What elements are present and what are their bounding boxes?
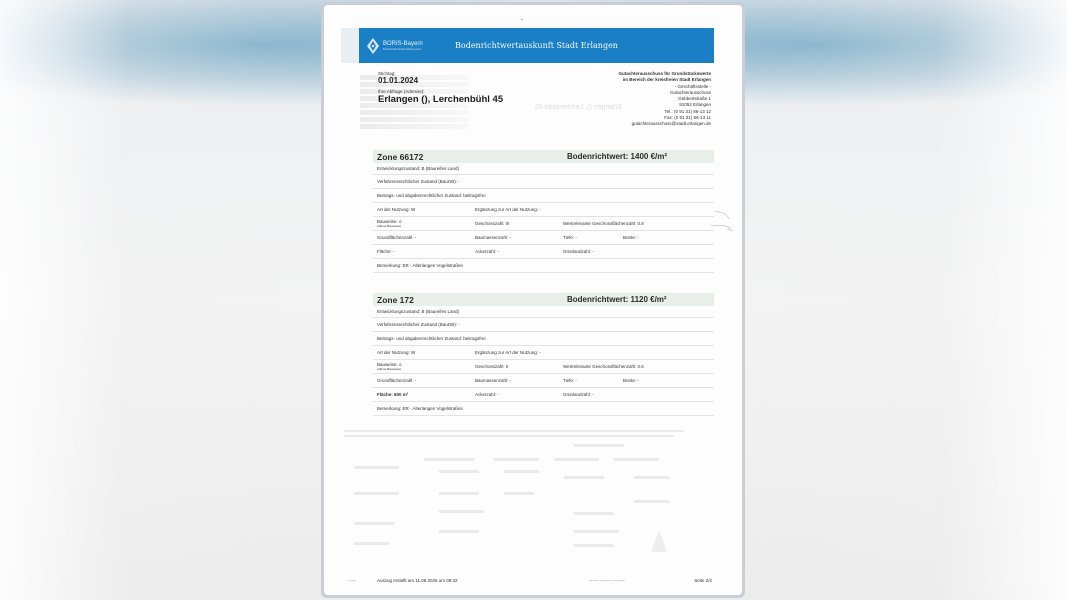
address-value: Erlangen (), Lerchenbühl 45 [378,94,538,105]
grundflaechenzahl: Grundflächenzahl: - [377,378,475,383]
bleed-through-reverse-page [344,430,724,570]
bauweise-note: (offene Bauweise) [377,224,475,228]
document-page: ▪ BORIS-Bayern Bodenrichtwertinformation… [324,5,742,595]
zone-block: Zone 66172 Bodenrichtwert: 1400 €/m² Ent… [373,150,714,273]
ackerzahl: Ackerzahl: - [475,249,563,254]
zone-row: Entwicklungszustand: B (Baureifes Land) [373,163,714,175]
bauweise-note: (offene Bauweise) [377,367,475,371]
zone-row: Art der Nutzung: W Ergänzung zur Art der… [373,346,714,360]
office-info: Gutachterausschuss für Grundstückswerte … [551,71,711,128]
reverse-page-logo-icon [651,530,667,552]
flaeche: Fläche: - [377,249,475,254]
geschosszahl: Geschosszahl: II [475,364,563,369]
background-blur-left [0,0,320,600]
boris-bayern-logo: BORIS-Bayern Bodenrichtwertinformationss… [367,38,447,54]
ergaenzung-nutzung: Ergänzung zur Art der Nutzung: - [475,207,541,212]
query-info: Stichtag: 01.01.2024 Ihre Abfrage (Adres… [378,71,538,105]
zone-land-value: Bodenrichtwert: 1400 €/m² [567,152,667,161]
zone-row: Bemerkung: ER - Alterlangen Vogelstraßen [373,259,714,273]
gruenlandzahl: Grünlandzahl: - [563,249,594,254]
verfahrenszustand: Verfahrensrechtlicher Zustand (BauGB): - [377,179,460,184]
zone-row: Bauweise: o (offene Bauweise) Geschossza… [373,360,714,374]
bauweise: Bauweise: o (offene Bauweise) [377,220,475,228]
gruenlandzahl: Grünlandzahl: - [563,392,594,397]
banner-stripe [341,28,359,63]
stichtag-value: 01.01.2024 [378,76,538,85]
beitragszustand: Beitrags- und abgabenrechtlicher Zustand… [377,193,486,198]
page-number: Seite 2/2 [694,578,712,583]
page-footer: ▪ ▪▪▪ Auszug erstellt am 11.06.2025 um 0… [324,578,742,588]
ackerzahl: Ackerzahl: - [475,392,563,397]
breite: Breite: - [623,378,639,383]
zone-name: Zone 172 [377,295,567,305]
flaeche: Fläche: 600 m² [377,392,475,397]
pen-mark-icon [707,205,742,245]
baumassenzahl: Baumassenzahl: - [475,378,563,383]
bauweise: Bauweise: o (offene Bauweise) [377,363,475,371]
zone-row: Art der Nutzung: W Ergänzung zur Art der… [373,203,714,217]
zone-header: Zone 66172 Bodenrichtwert: 1400 €/m² [373,150,714,163]
document-frame: ▪ BORIS-Bayern Bodenrichtwertinformation… [321,2,745,598]
zone-row: Fläche: 600 m² Ackerzahl: - Grünlandzahl… [373,388,714,402]
background-blur-right [747,0,1067,600]
zone-row: Bauweise: o (offene Bauweise) Geschossza… [373,217,714,231]
entwicklungszustand: Entwicklungszustand: B (Baureifes Land) [377,309,459,314]
page-mark: ▪ [521,17,523,23]
beitragszustand: Beitrags- und abgabenrechtlicher Zustand… [377,336,486,341]
entwicklungszustand: Entwicklungszustand: B (Baureifes Land) [377,166,459,171]
art-der-nutzung: Art der Nutzung: W [377,350,475,355]
boris-bayern-logo-icon [367,38,379,54]
footer-bleed-mid: ▪▪▪▪▪▪ ▪▪▪▪▪▪▪ ▪▪ ▪▪▪▪▪ [589,578,625,583]
footer-bleed-left: ▪ ▪▪▪ [348,578,356,583]
zone-row: Beitrags- und abgabenrechtlicher Zustand… [373,332,714,346]
wgfz: Wertrelevante Geschossflächenzahl: 0.6 [563,364,644,369]
office-email[interactable]: gutachterausschuss@stadt.erlangen.de [551,121,711,127]
zone-row: Grundflächenzahl: - Baumassenzahl: - Tie… [373,374,714,388]
document-title: Bodenrichtwertauskunft Stadt Erlangen [455,41,618,50]
baumassenzahl: Baumassenzahl: - [475,235,563,240]
tiefe: Tiefe: - [563,235,623,240]
zone-row: Verfahrensrechtlicher Zustand (BauGB): - [373,175,714,189]
header-banner: BORIS-Bayern Bodenrichtwertinformationss… [359,28,714,63]
footer-created: Auszug erstellt am 11.06.2025 um 09:32 [377,578,457,583]
zone-row: Verfahrensrechtlicher Zustand (BauGB): - [373,318,714,332]
grundflaechenzahl: Grundflächenzahl: - [377,235,475,240]
tiefe: Tiefe: - [563,378,623,383]
art-der-nutzung: Art der Nutzung: W [377,207,475,212]
zone-row: Beitrags- und abgabenrechtlicher Zustand… [373,189,714,203]
zone-row: Bemerkung: ER - Alterlangen Vogelstraßen [373,402,714,416]
wgfz: Wertrelevante Geschossflächenzahl: 0.8 [563,221,644,226]
verfahrenszustand: Verfahrensrechtlicher Zustand (BauGB): - [377,322,460,327]
bemerkung: Bemerkung: ER - Alterlangen Vogelstraßen [377,263,463,268]
zone-row: Fläche: - Ackerzahl: - Grünlandzahl: - [373,245,714,259]
ergaenzung-nutzung: Ergänzung zur Art der Nutzung: - [475,350,541,355]
logo-name: BORIS-Bayern [383,41,423,48]
zone-land-value: Bodenrichtwert: 1120 €/m² [567,295,667,304]
zone-name: Zone 66172 [377,152,567,162]
zone-block: Zone 172 Bodenrichtwert: 1120 €/m² Entwi… [373,293,714,416]
logo-subtitle: Bodenrichtwertinformationssystem [383,48,423,51]
geschosszahl: Geschosszahl: III [475,221,563,226]
breite: Breite: - [623,235,639,240]
bemerkung: Bemerkung: ER - Alterlangen Vogelstraßen [377,406,463,411]
zone-header: Zone 172 Bodenrichtwert: 1120 €/m² [373,293,714,306]
zone-row: Grundflächenzahl: - Baumassenzahl: - Tie… [373,231,714,245]
zone-row: Entwicklungszustand: B (Baureifes Land) [373,306,714,318]
